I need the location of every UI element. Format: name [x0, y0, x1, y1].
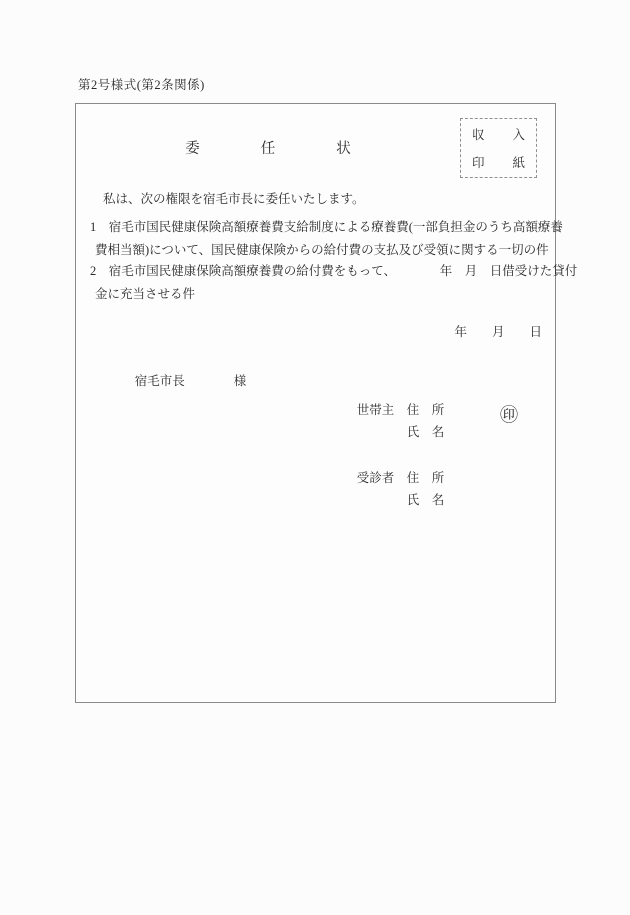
clause-1-line-2: 費相当額)について、国民健康保険からの給付費の支払及び受領に関する一切の件 — [95, 240, 549, 258]
stamp-char-in: 印 — [472, 153, 485, 171]
addressee-name: 宿毛市長 — [135, 371, 234, 389]
revenue-stamp-box: 収 入 印 紙 — [460, 118, 537, 178]
clause-2-line-1: 2 宿毛市国民健康保険高額療養費の給付費をもって、 年 月 日借受けた貸付 — [90, 261, 577, 279]
clause-1-line-1: 1 宿毛市国民健康保険高額療養費支給制度による療養費(一部負担金のうち高額療養 — [90, 217, 563, 235]
stamp-char-nyu: 入 — [512, 125, 525, 143]
form-border-box: 収 入 印 紙 委任状 私は、次の権限を宿毛市長に委任いたします。 1 宿毛市国… — [75, 103, 556, 703]
form-number-label: 第2号様式(第2条関係) — [78, 75, 205, 93]
stamp-box-bottom-row: 印 紙 — [472, 153, 525, 171]
seal-mark-icon: ㊞ — [500, 401, 518, 427]
householder-name-label: 氏 名 — [407, 425, 445, 439]
date-blank-line: 年 月 日 — [454, 322, 542, 340]
addressee-line: 宿毛市長様 — [116, 356, 246, 404]
document-title: 委任状 — [76, 137, 460, 158]
intro-sentence: 私は、次の権限を宿毛市長に委任いたします。 — [103, 189, 365, 207]
stamp-char-shu: 収 — [472, 125, 485, 143]
householder-name-row: 氏 名 — [338, 407, 444, 455]
patient-name-label: 氏 名 — [407, 493, 445, 507]
patient-name-row: 氏 名 — [338, 475, 444, 523]
document-page: 第2号様式(第2条関係) 収 入 印 紙 委任状 私は、次の権限を宿毛市長に委任… — [0, 0, 630, 915]
clause-2-line-2: 金に充当させる件 — [95, 284, 195, 302]
addressee-honorific: 様 — [234, 374, 247, 388]
stamp-box-top-row: 収 入 — [472, 125, 525, 143]
stamp-char-shi: 紙 — [512, 153, 525, 171]
